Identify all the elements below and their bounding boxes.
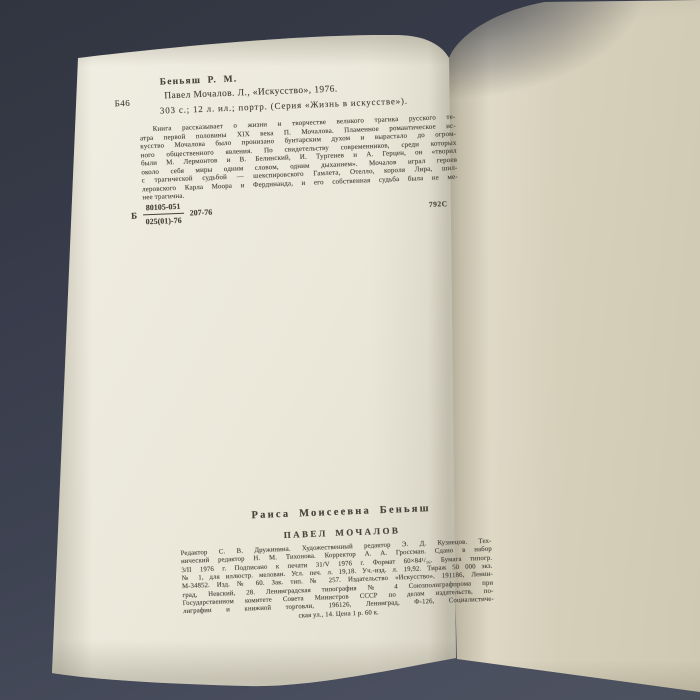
catalog-prefix: Б <box>131 210 137 220</box>
catalog-code: Б46 <box>114 98 130 109</box>
catalog-suffix: 207-76 <box>189 208 212 218</box>
bbk-code: 792С <box>429 199 448 209</box>
author-header: Беньяш Р. М. <box>160 74 238 87</box>
annotation-block: Книга рассказывает о жизни и творчестве … <box>139 113 458 203</box>
imprint-block: Редактор С. В. Дружинина. Художественный… <box>181 538 495 626</box>
catalog-denominator: 025(01)-76 <box>145 214 181 227</box>
catalog-formula: Б 80105-051 025(01)-76 207-76 <box>131 200 213 228</box>
colophon-text-layer: Беньяш Р. М. Б46 Павел Мочалов. Л., «Иск… <box>74 24 492 689</box>
book-photo-background: Беньяш Р. М. Б46 Павел Мочалов. Л., «Иск… <box>0 0 700 700</box>
catalog-fraction: 80105-051 025(01)-76 <box>143 201 185 228</box>
author-full-name: Раиса Моисеевна Беньяш <box>183 500 499 524</box>
